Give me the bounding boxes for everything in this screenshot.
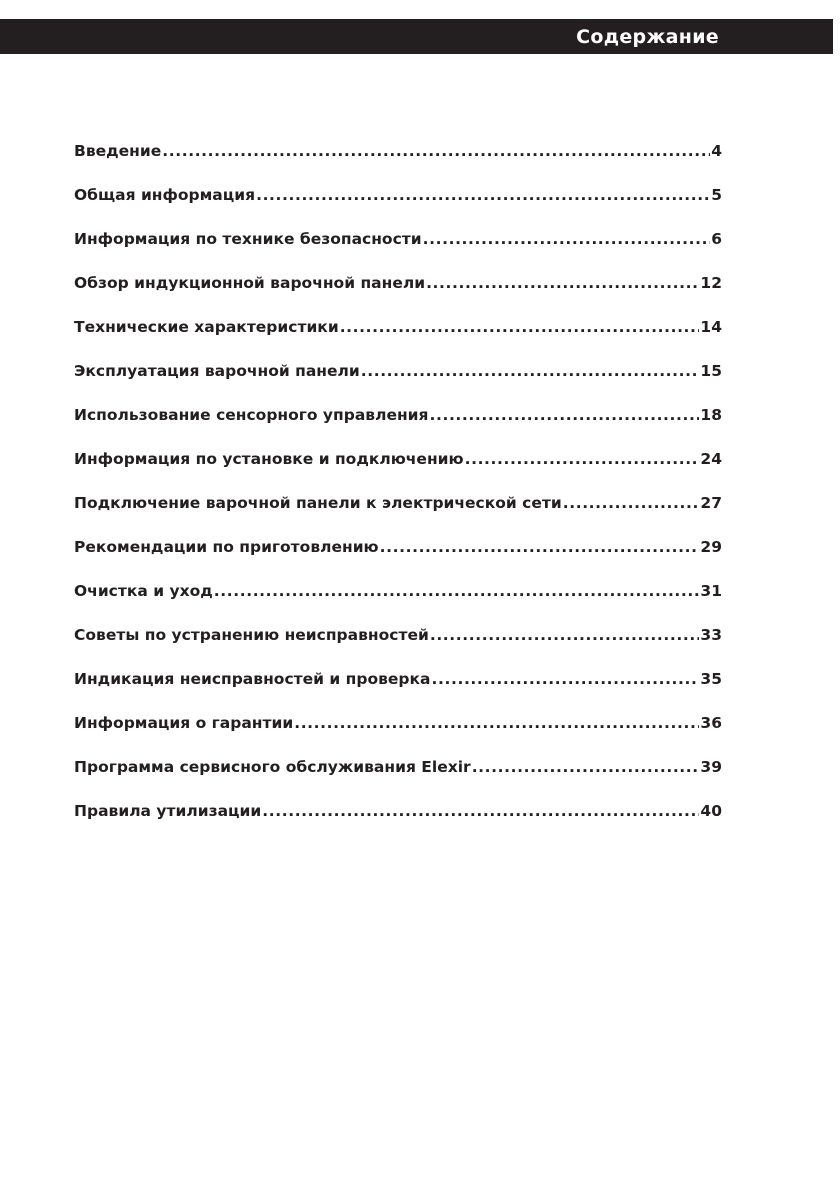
toc-entry[interactable]: Очистка и уход 31 (74, 582, 722, 626)
toc-entry-page-number: 35 (700, 670, 722, 688)
toc-entry[interactable]: Использование сенсорного управления 18 (74, 406, 722, 450)
toc-entry-page-number: 39 (700, 758, 722, 776)
toc-entry[interactable]: Индикация неисправностей и проверка 35 (74, 670, 722, 714)
toc-dot-leader (423, 230, 711, 248)
toc-entry[interactable]: Эксплуатация варочной панели 15 (74, 362, 722, 406)
toc-entry[interactable]: Информация по технике безопасности 6 (74, 230, 722, 274)
toc-entry[interactable]: Общая информация 5 (74, 186, 722, 230)
toc-entry-page-number: 33 (700, 626, 722, 644)
toc-entry-page-number: 40 (700, 802, 722, 820)
toc-entry-page-number: 27 (700, 494, 722, 512)
toc-entry-page-number: 29 (700, 538, 722, 556)
toc-dot-leader (256, 186, 710, 204)
toc-dot-leader (563, 494, 700, 512)
toc-entry-title: Рекомендации по приготовлению (74, 538, 379, 556)
toc-entry-title: Введение (74, 142, 161, 160)
toc-entry-page-number: 18 (700, 406, 722, 424)
toc-entry[interactable]: Правила утилизации 40 (74, 802, 722, 846)
toc-entry[interactable]: Программа сервисного обслуживания Elexir… (74, 758, 722, 802)
toc-dot-leader (340, 318, 700, 336)
toc-dot-leader (262, 802, 699, 820)
toc-entry-title: Индикация неисправностей и проверка (74, 670, 431, 688)
toc-entry-page-number: 24 (700, 450, 722, 468)
toc-entry-title: Правила утилизации (74, 802, 261, 820)
toc-entry[interactable]: Советы по устранению неисправностей 33 (74, 626, 722, 670)
toc-entry-title: Использование сенсорного управления (74, 406, 428, 424)
toc-entry-page-number: 15 (700, 362, 722, 380)
toc-entry[interactable]: Технические характеристики 14 (74, 318, 722, 362)
toc-entry-page-number: 4 (711, 142, 722, 160)
toc-entry[interactable]: Подключение варочной панели к электричес… (74, 494, 722, 538)
toc-dot-leader (429, 406, 699, 424)
table-of-contents: Введение 4 Общая информация 5 Информация… (74, 142, 722, 846)
toc-dot-leader (426, 274, 699, 292)
toc-entry-title: Информация о гарантии (74, 714, 293, 732)
toc-entry-title: Технические характеристики (74, 318, 339, 336)
toc-entry-page-number: 36 (700, 714, 722, 732)
toc-dot-leader (472, 758, 700, 776)
toc-entry[interactable]: Информация по установке и подключению 24 (74, 450, 722, 494)
toc-entry[interactable]: Обзор индукционной варочной панели 12 (74, 274, 722, 318)
toc-entry-title: Подключение варочной панели к электричес… (74, 494, 562, 512)
toc-entry-page-number: 5 (711, 186, 722, 204)
toc-entry-page-number: 31 (700, 582, 722, 600)
toc-dot-leader (432, 670, 700, 688)
toc-entry-page-number: 12 (700, 274, 722, 292)
toc-entry-title: Информация по технике безопасности (74, 230, 422, 248)
header-bar: Содержание (0, 19, 833, 54)
toc-dot-leader (214, 582, 700, 600)
toc-entry-title: Обзор индукционной варочной панели (74, 274, 425, 292)
toc-entry-title: Информация по установке и подключению (74, 450, 464, 468)
toc-entry-title: Эксплуатация варочной панели (74, 362, 360, 380)
page-title: Содержание (576, 19, 719, 54)
toc-dot-leader (430, 626, 700, 644)
toc-entry-title: Общая информация (74, 186, 255, 204)
toc-dot-leader (380, 538, 700, 556)
toc-dot-leader (162, 142, 710, 160)
toc-entry[interactable]: Введение 4 (74, 142, 722, 186)
toc-entry-page-number: 6 (711, 230, 722, 248)
toc-entry[interactable]: Рекомендации по приготовлению 29 (74, 538, 722, 582)
toc-dot-leader (361, 362, 700, 380)
toc-dot-leader (465, 450, 700, 468)
toc-entry[interactable]: Информация о гарантии 36 (74, 714, 722, 758)
toc-entry-page-number: 14 (700, 318, 722, 336)
toc-entry-title: Советы по устранению неисправностей (74, 626, 429, 644)
toc-dot-leader (294, 714, 699, 732)
toc-entry-title: Очистка и уход (74, 582, 213, 600)
toc-entry-title: Программа сервисного обслуживания Elexir (74, 758, 471, 776)
